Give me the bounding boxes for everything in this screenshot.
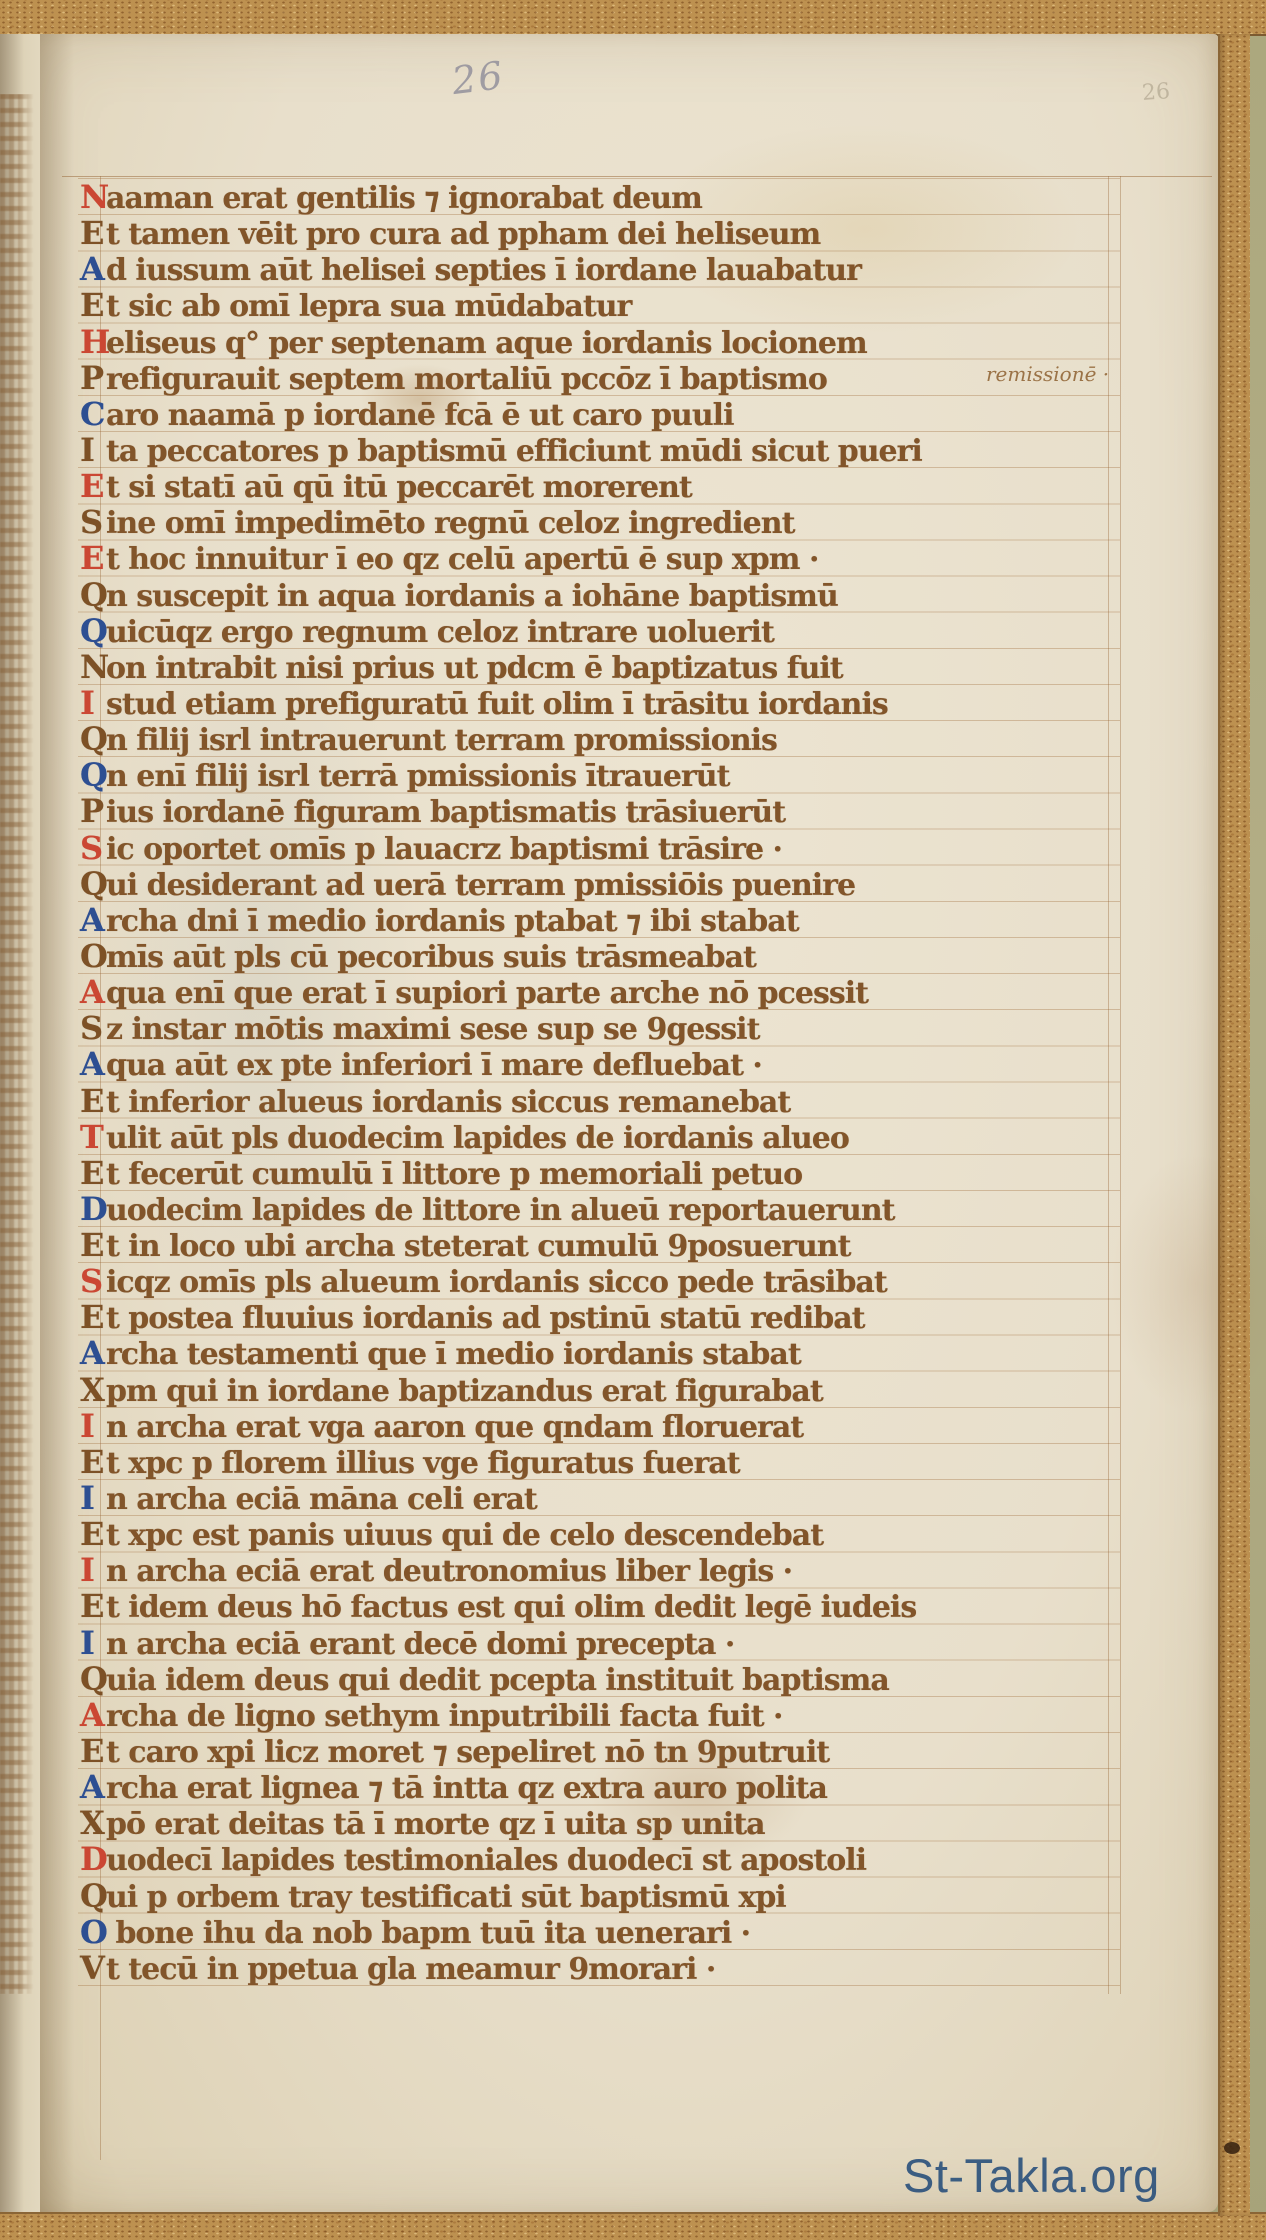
- line-initial: E: [80, 1589, 106, 1623]
- line-initial: E: [80, 1084, 106, 1118]
- line-initial: I: [80, 1481, 106, 1515]
- line-text: ui p orbem tray testificati sūt baptismū…: [106, 1880, 786, 1915]
- manuscript-line: Caro naamā p iordanē fcā ē ut caro puuli: [80, 397, 733, 433]
- line-text: t hoc innuitur ī eo qz celū apertū ē sup…: [106, 542, 818, 577]
- line-text: ius iordanē figuram baptismatis trāsiuer…: [106, 795, 785, 830]
- line-text: aro naamā p iordanē fcā ē ut caro puuli: [106, 398, 733, 433]
- line-initial: I: [80, 1553, 106, 1587]
- line-initial: N: [80, 180, 106, 214]
- line-text: eliseus q° per septenam aque iordanis lo…: [106, 326, 867, 361]
- line-text: n archa eciā erat deutronomius liber leg…: [106, 1554, 792, 1589]
- facing-page-fore-edge: [0, 34, 40, 2212]
- line-text: bone ihu da nob bapm tuū ita uenerari ·: [106, 1916, 750, 1951]
- manuscript-line: Qn filij isrl intrauerunt terram promiss…: [80, 722, 777, 758]
- line-text: on intrabit nisi prius ut pdcm ē baptiza…: [106, 651, 843, 686]
- manuscript-line: Et caro xpi licz moret ⁊ sepeliret nō tn…: [80, 1734, 829, 1770]
- line-initial: D: [80, 1192, 106, 1226]
- manuscript-line: O bone ihu da nob bapm tuū ita uenerari …: [80, 1915, 750, 1951]
- manuscript-line: Et fecerūt cumulū ī littore p memoriali …: [80, 1156, 802, 1192]
- line-text: ui desiderant ad uerā terram pmissiōis p…: [106, 868, 855, 903]
- manuscript-line: In archa erat vga aaron que qndam florue…: [80, 1409, 803, 1445]
- manuscript-line: Et sic ab omī lepra sua mūdabatur: [80, 288, 631, 324]
- line-initial: A: [80, 252, 106, 286]
- line-initial: Q: [80, 758, 106, 792]
- manuscript-text-block: Naaman erat gentilis ⁊ ignorabat deumEt …: [80, 180, 1140, 2010]
- line-initial: N: [80, 650, 106, 684]
- line-initial: O: [80, 939, 106, 973]
- line-initial: P: [80, 361, 106, 395]
- line-text: refigurauit septem mortaliū pccōz ī bapt…: [106, 362, 827, 397]
- line-text: stud etiam prefiguratū fuit olim ī trāsi…: [106, 687, 888, 722]
- marginal-note: remissionē ·: [986, 362, 1109, 386]
- manuscript-line: Archa dni ī medio iordanis ptabat ⁊ ibi …: [80, 903, 799, 939]
- line-initial: E: [80, 1734, 106, 1768]
- line-initial: H: [80, 325, 106, 359]
- ink-blot-on-edge: [1224, 2142, 1240, 2154]
- line-text: ta peccatores p baptismū efficiunt mūdi …: [106, 434, 922, 469]
- line-text: qua enī que erat ī supiori parte arche n…: [106, 976, 868, 1011]
- line-initial: Q: [80, 1662, 106, 1696]
- book-right-gilt-edge: [1218, 34, 1250, 2216]
- line-initial: E: [80, 1517, 106, 1551]
- manuscript-line: Tulit aūt pls duodecim lapides de iordan…: [80, 1120, 849, 1156]
- line-text: n suscepit in aqua iordanis a iohāne bap…: [106, 579, 838, 614]
- line-initial: V: [80, 1951, 106, 1985]
- line-text: t xpc p florem illius vge figuratus fuer…: [106, 1446, 740, 1481]
- line-text: t in loco ubi archa steterat cumulū 9pos…: [106, 1229, 850, 1264]
- site-watermark: St-Takla.org: [903, 2148, 1160, 2203]
- top-ruled-line: [62, 176, 1212, 177]
- manuscript-line: Prefigurauit septem mortaliū pccōz ī bap…: [80, 361, 827, 397]
- manuscript-line: Et tamen vēit pro cura ad ppham dei heli…: [80, 216, 820, 252]
- line-text: t postea fluuius iordanis ad pstinū stat…: [106, 1301, 865, 1336]
- gutter-shadow: [40, 34, 74, 2212]
- line-initial: E: [80, 1156, 106, 1190]
- line-initial: Q: [80, 578, 106, 612]
- line-initial: A: [80, 1047, 106, 1081]
- manuscript-line: Sic oportet omīs p lauacrz baptismi trās…: [80, 831, 782, 867]
- line-initial: A: [80, 903, 106, 937]
- line-text: ulit aūt pls duodecim lapides de iordani…: [106, 1121, 849, 1156]
- line-text: z instar mōtis maximi sese sup se 9gessi…: [106, 1012, 759, 1047]
- manuscript-line: Pius iordanē figuram baptismatis trāsiue…: [80, 794, 785, 830]
- line-text: t idem deus hō factus est qui olim dedit…: [106, 1590, 916, 1625]
- manuscript-line: Istud etiam prefiguratū fuit olim ī trās…: [80, 686, 888, 722]
- manuscript-line: Sz instar mōtis maximi sese sup se 9gess…: [80, 1011, 759, 1047]
- edge-on-text-fragments: [0, 94, 34, 1994]
- manuscript-line: Qn enī filij isrl terrā pmissionis ītrau…: [80, 758, 729, 794]
- line-initial: Q: [80, 722, 106, 756]
- line-text: t fecerūt cumulū ī littore p memoriali p…: [106, 1157, 802, 1192]
- line-initial: A: [80, 1698, 106, 1732]
- line-initial: S: [80, 1011, 106, 1045]
- book-bottom-gilt-edge: [0, 2212, 1266, 2240]
- line-text: uicūqz ergo regnum celoz intrare uolueri…: [106, 615, 774, 650]
- manuscript-line: Archa de ligno sethym inputribili facta …: [80, 1698, 782, 1734]
- line-initial: E: [80, 1300, 106, 1334]
- line-initial: I: [80, 1409, 106, 1443]
- line-initial: Q: [80, 614, 106, 648]
- line-text: d iussum aūt helisei septies ī iordane l…: [106, 253, 861, 288]
- line-text: pm qui in iordane baptizandus erat figur…: [106, 1374, 823, 1409]
- line-text: t caro xpi licz moret ⁊ sepeliret nō tn …: [106, 1735, 829, 1770]
- line-initial: E: [80, 216, 106, 250]
- manuscript-line: Quia idem deus qui dedit pcepta institui…: [80, 1662, 889, 1698]
- manuscript-line: In archa eciā erat deutronomius liber le…: [80, 1553, 792, 1589]
- manuscript-line: Naaman erat gentilis ⁊ ignorabat deum: [80, 180, 702, 216]
- line-initial: I: [80, 686, 106, 720]
- line-text: rcha de ligno sethym inputribili facta f…: [106, 1699, 782, 1734]
- line-text: n archa erat vga aaron que qndam floruer…: [106, 1410, 803, 1445]
- line-initial: I: [80, 433, 106, 467]
- line-text: rcha testamenti que ī medio iordanis sta…: [106, 1337, 801, 1372]
- manuscript-line: Et postea fluuius iordanis ad pstinū sta…: [80, 1300, 865, 1336]
- manuscript-line: Ita peccatores p baptismū efficiunt mūdi…: [80, 433, 922, 469]
- line-text: n archa eciā erant decē domi precepta ·: [106, 1627, 734, 1662]
- line-text: rcha erat lignea ⁊ tā intta qz extra aur…: [106, 1771, 827, 1806]
- line-initial: S: [80, 831, 106, 865]
- manuscript-line: Et hoc innuitur ī eo qz celū apertū ē su…: [80, 541, 818, 577]
- manuscript-line: Omīs aūt pls cū pecoribus suis trāsmeaba…: [80, 939, 756, 975]
- line-initial: E: [80, 1228, 106, 1262]
- line-text: qua aūt ex pte inferiori ī mare deflueba…: [106, 1048, 762, 1083]
- line-initial: X: [80, 1806, 106, 1840]
- line-initial: E: [80, 469, 106, 503]
- line-initial: X: [80, 1373, 106, 1407]
- manuscript-line: Sine omī impedimēto regnū celoz ingredie…: [80, 505, 794, 541]
- manuscript-line: Qn suscepit in aqua iordanis a iohāne ba…: [80, 578, 838, 614]
- manuscript-line: Qui desiderant ad uerā terram pmissiōis …: [80, 867, 855, 903]
- manuscript-line: Qui p orbem tray testificati sūt baptism…: [80, 1879, 786, 1915]
- manuscript-line: Ad iussum aūt helisei septies ī iordane …: [80, 252, 861, 288]
- line-text: rcha dni ī medio iordanis ptabat ⁊ ibi s…: [106, 904, 799, 939]
- manuscript-photo: { "page": { "pencil_folio_number": "26",…: [0, 0, 1266, 2240]
- line-text: pō erat deitas tā ī morte qz ī uita sp u…: [106, 1807, 765, 1842]
- faint-folio-number: 26: [1141, 79, 1171, 106]
- manuscript-line: Et idem deus hō factus est qui olim dedi…: [80, 1589, 916, 1625]
- line-text: icqz omīs pls alueum iordanis sicco pede…: [106, 1265, 887, 1300]
- manuscript-line: Quicūqz ergo regnum celoz intrare uoluer…: [80, 614, 774, 650]
- manuscript-line: Et inferior alueus iordanis siccus reman…: [80, 1084, 790, 1120]
- manuscript-line: Et xpc est panis uiuus qui de celo desce…: [80, 1517, 823, 1553]
- manuscript-line: Vt tecū in ppetua gla meamur 9morari ·: [80, 1951, 715, 1987]
- line-text: uodecim lapides de littore in alueū repo…: [106, 1193, 895, 1228]
- book-top-gilt-edge: [0, 0, 1266, 36]
- line-initial: Q: [80, 1879, 106, 1913]
- pencil-folio-number: 26: [450, 53, 507, 103]
- manuscript-line: Non intrabit nisi prius ut pdcm ē baptiz…: [80, 650, 843, 686]
- line-text: t sic ab omī lepra sua mūdabatur: [106, 289, 631, 324]
- line-initial: S: [80, 1264, 106, 1298]
- manuscript-line: Xpō erat deitas tā ī morte qz ī uita sp …: [80, 1806, 765, 1842]
- line-text: t xpc est panis uiuus qui de celo descen…: [106, 1518, 823, 1553]
- manuscript-line: Sicqz omīs pls alueum iordanis sicco ped…: [80, 1264, 887, 1300]
- line-initial: A: [80, 1336, 106, 1370]
- line-initial: Q: [80, 867, 106, 901]
- line-initial: D: [80, 1842, 106, 1876]
- line-text: aaman erat gentilis ⁊ ignorabat deum: [106, 181, 702, 216]
- line-initial: E: [80, 288, 106, 322]
- line-initial: O: [80, 1915, 106, 1949]
- line-initial: A: [80, 1770, 106, 1804]
- line-initial: E: [80, 1445, 106, 1479]
- line-initial: A: [80, 975, 106, 1009]
- line-text: ine omī impedimēto regnū celoz ingredien…: [106, 506, 794, 541]
- line-initial: E: [80, 541, 106, 575]
- line-text: ic oportet omīs p lauacrz baptismi trāsi…: [106, 832, 782, 867]
- line-text: t inferior alueus iordanis siccus remane…: [106, 1085, 790, 1120]
- manuscript-line: Et si statī aū qū itū peccarēt morerent: [80, 469, 692, 505]
- line-initial: S: [80, 505, 106, 539]
- line-initial: P: [80, 794, 106, 828]
- line-text: n filij isrl intrauerunt terram promissi…: [106, 723, 777, 758]
- manuscript-line: Et xpc p florem illius vge figuratus fue…: [80, 1445, 740, 1481]
- line-text: t tamen vēit pro cura ad ppham dei helis…: [106, 217, 820, 252]
- manuscript-line: Heliseus q° per septenam aque iordanis l…: [80, 325, 867, 361]
- manuscript-line: In archa eciā māna celi erat: [80, 1481, 537, 1517]
- line-initial: C: [80, 397, 106, 431]
- line-text: mīs aūt pls cū pecoribus suis trāsmeabat: [106, 940, 756, 975]
- line-text: t si statī aū qū itū peccarēt morerent: [106, 470, 692, 505]
- manuscript-line: Aqua aūt ex pte inferiori ī mare deflueb…: [80, 1047, 762, 1083]
- manuscript-line: In archa eciā erant decē domi precepta ·: [80, 1626, 734, 1662]
- manuscript-line: Aqua enī que erat ī supiori parte arche …: [80, 975, 868, 1011]
- manuscript-line: Et in loco ubi archa steterat cumulū 9po…: [80, 1228, 850, 1264]
- manuscript-line: Archa erat lignea ⁊ tā intta qz extra au…: [80, 1770, 827, 1806]
- manuscript-line: Archa testamenti que ī medio iordanis st…: [80, 1336, 801, 1372]
- line-text: uia idem deus qui dedit pcepta instituit…: [106, 1663, 889, 1698]
- line-initial: T: [80, 1120, 106, 1154]
- manuscript-line: Duodecī lapides testimoniales duodecī st…: [80, 1842, 866, 1878]
- manuscript-line: Xpm qui in iordane baptizandus erat figu…: [80, 1373, 823, 1409]
- line-text: n enī filij isrl terrā pmissionis ītraue…: [106, 759, 729, 794]
- line-text: t tecū in ppetua gla meamur 9morari ·: [106, 1952, 715, 1987]
- line-initial: I: [80, 1626, 106, 1660]
- line-text: n archa eciā māna celi erat: [106, 1482, 537, 1517]
- manuscript-line: Duodecim lapides de littore in alueū rep…: [80, 1192, 895, 1228]
- line-text: uodecī lapides testimoniales duodecī st …: [106, 1843, 866, 1878]
